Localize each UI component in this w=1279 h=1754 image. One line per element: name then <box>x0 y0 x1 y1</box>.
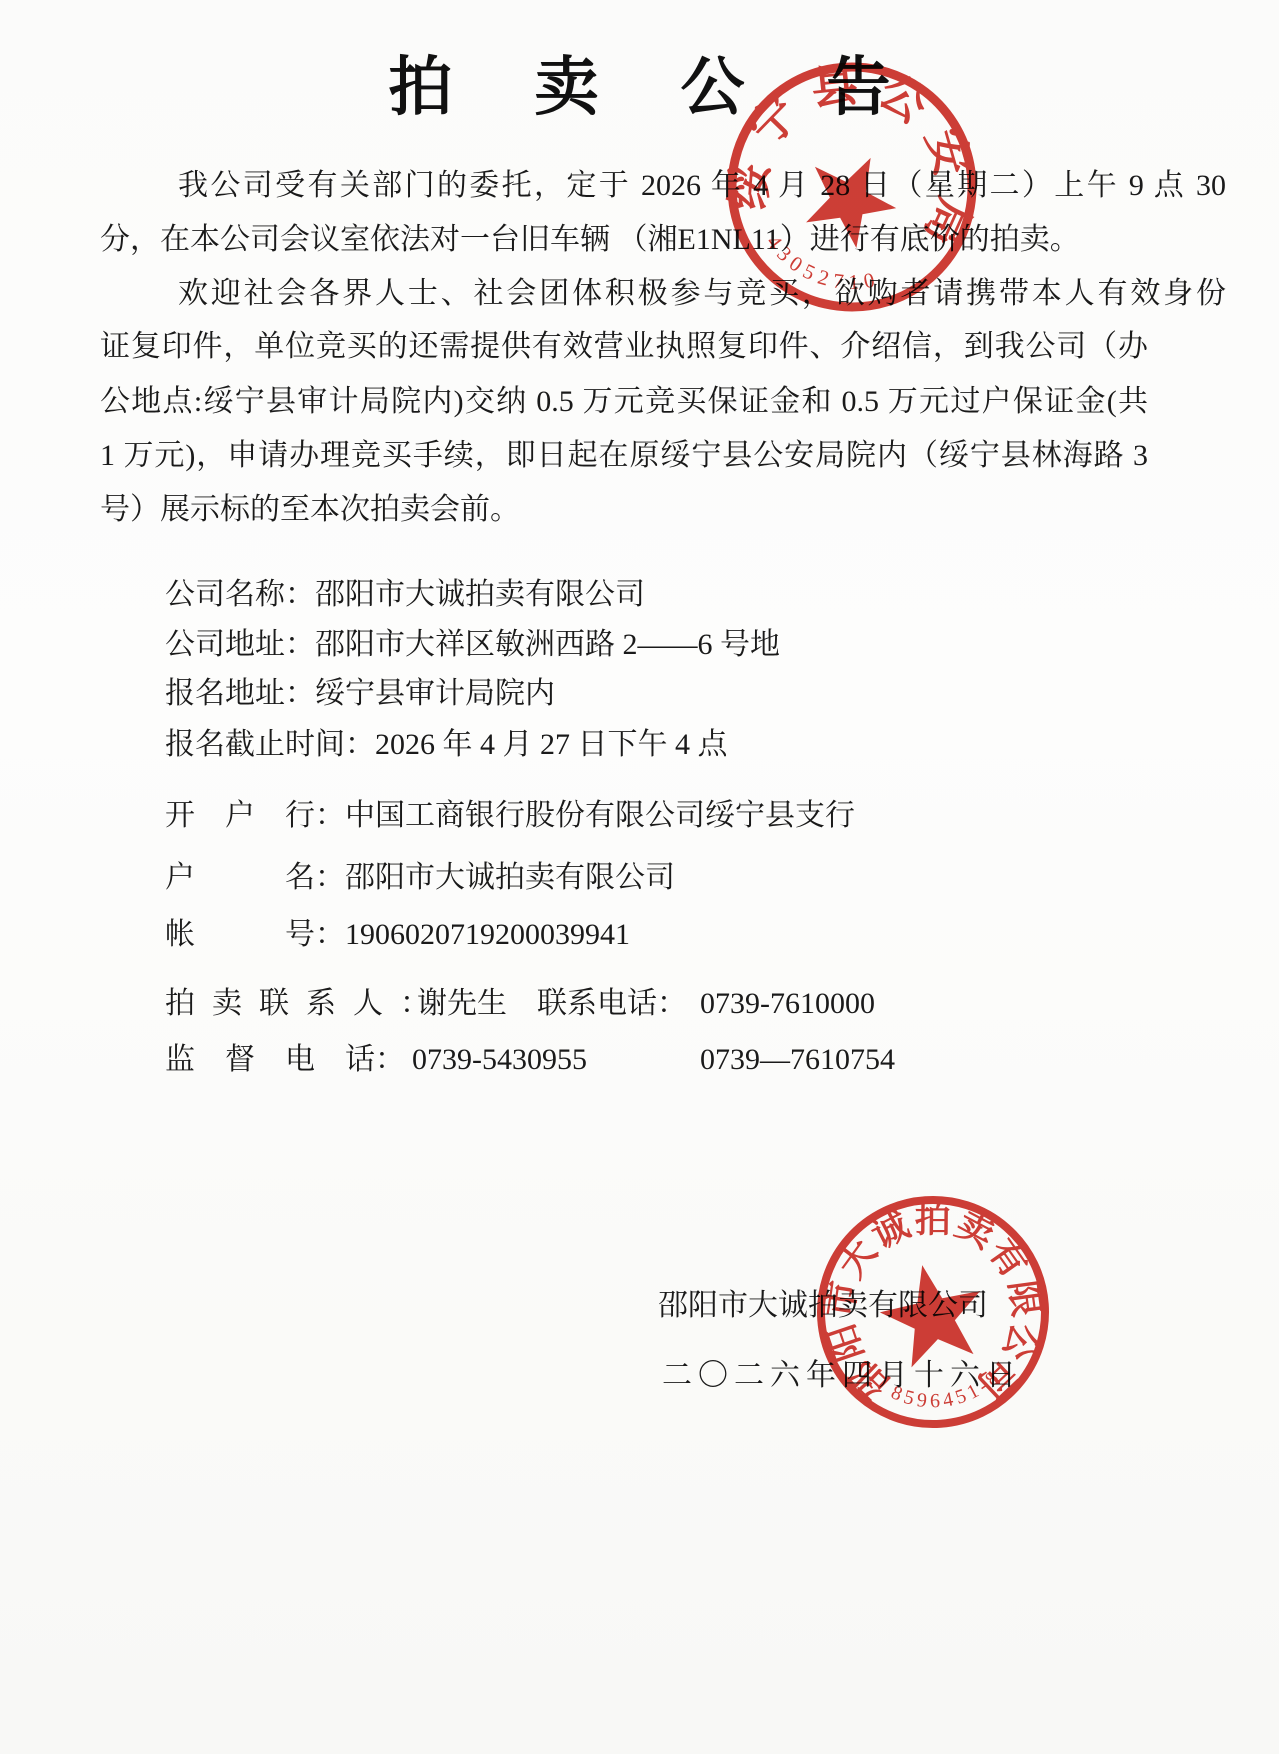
auction-contact-row: 拍卖联系人： 谢先生 联系电话： 0739-7610000 <box>0 984 1279 1024</box>
account-name-value: 邵阳市大诚拍卖有限公司 <box>345 861 675 894</box>
company-name-value: 邵阳市大诚拍卖有限公司 <box>315 578 645 611</box>
official-seal-bottom: 邵阳市大诚拍卖有限公司 8596451-8 <box>803 1182 1063 1442</box>
paragraph-line: 号）展示标的至本次拍卖会前。 <box>100 490 1148 530</box>
paragraph-line: 公地点:绥宁县审计局院内)交纳 0.5 万元竞买保证金和 0.5 万元过户保证金… <box>100 382 1148 422</box>
company-name-row: 公司名称：邵阳市大诚拍卖有限公司 <box>165 575 645 615</box>
signup-deadline-row: 报名截止时间：2026 年 4 月 27 日下午 4 点 <box>165 725 728 765</box>
bank-label: 开 户 行： <box>165 799 345 832</box>
account-name-row: 户 名：邵阳市大诚拍卖有限公司 <box>165 858 675 898</box>
bank-row: 开 户 行：中国工商银行股份有限公司绥宁县支行 <box>165 796 855 836</box>
account-number-row: 帐 号：1906020719200039941 <box>165 915 630 955</box>
document-page: 拍卖公告 我公司受有关部门的委托，定于 2026 年 4 月 28 日（星期二）… <box>0 0 1279 1754</box>
document-title: 拍卖公告 <box>0 36 1279 128</box>
company-address-label: 公司地址： <box>165 628 315 661</box>
paragraph-line: 欢迎社会各界人士、社会团体积极参与竞买，欲购者请携带本人有效身份 <box>100 274 1226 314</box>
signup-address-row: 报名地址：绥宁县审计局院内 <box>165 674 555 714</box>
company-address-row: 公司地址：邵阳市大祥区敏洲西路 2——6 号地 <box>165 625 780 665</box>
star-icon <box>872 1254 993 1371</box>
signup-deadline-label: 报名截止时间： <box>165 728 375 761</box>
bank-value: 中国工商银行股份有限公司绥宁县支行 <box>345 799 855 832</box>
paragraph-line: 我公司受有关部门的委托，定于 2026 年 4 月 28 日（星期二）上午 9 … <box>100 166 1226 206</box>
contact-phone-label: 联系电话： <box>537 984 687 1024</box>
paragraph-line: 1 万元)，申请办理竞买手续，即日起在原绥宁县公安局院内（绥宁县林海路 3 <box>100 436 1148 476</box>
supervision-phone-number-1: 0739-5430955 <box>412 1040 587 1080</box>
auction-contact-name: 谢先生 <box>417 984 507 1024</box>
star-icon <box>791 137 912 256</box>
signup-address-label: 报名地址： <box>165 677 315 710</box>
supervision-phone-number-2: 0739—7610754 <box>700 1040 895 1080</box>
account-number-label: 帐 号： <box>165 918 345 951</box>
supervision-phone-row: 监 督 电 话： 0739-5430955 0739—7610754 <box>0 1040 1279 1080</box>
company-name-label: 公司名称： <box>165 578 315 611</box>
paragraph-line: 证复印件，单位竞买的还需提供有效营业执照复印件、介绍信，到我公司（办 <box>100 327 1148 367</box>
auction-contact-label: 拍卖联系人： <box>165 984 447 1024</box>
company-address-value: 邵阳市大祥区敏洲西路 2——6 号地 <box>315 628 780 661</box>
signup-address-value: 绥宁县审计局院内 <box>315 677 555 710</box>
seal-graphic: 邵阳市大诚拍卖有限公司 8596451-8 <box>803 1182 1063 1442</box>
signup-deadline-value: 2026 年 4 月 27 日下午 4 点 <box>375 728 728 761</box>
supervision-phone-label: 监 督 电 话： <box>165 1040 405 1080</box>
account-number-value: 1906020719200039941 <box>345 918 630 951</box>
paragraph-line: 分，在本公司会议室依法对一台旧车辆 （湘E1NL11）进行有底价的拍卖。 <box>100 220 1148 260</box>
account-name-label: 户 名： <box>165 861 345 894</box>
contact-phone-number: 0739-7610000 <box>700 984 875 1024</box>
